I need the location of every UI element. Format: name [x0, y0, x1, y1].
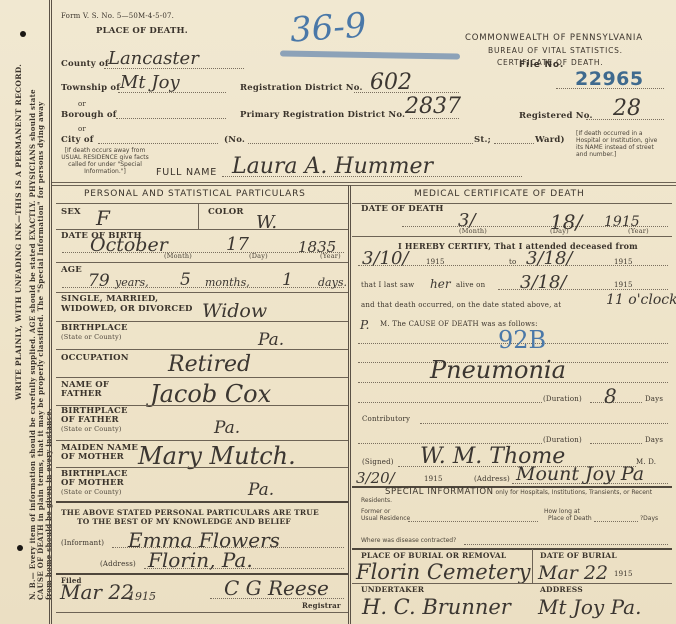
death-certificate: WRITE PLAINLY, WITH UNFADING INK—THIS IS… — [0, 0, 676, 624]
punch-hole-bottom — [17, 545, 23, 551]
borough-label: Borough of — [61, 110, 117, 120]
full-name-label: FULL NAME — [156, 167, 217, 178]
age-label: AGE — [61, 265, 82, 275]
left-border — [49, 0, 52, 624]
city-label: City of — [61, 135, 94, 145]
father-birthplace-value[interactable]: Pa. — [214, 418, 240, 438]
color-label: COLOR — [208, 207, 244, 217]
away-note: [If death occurs away from USUAL RESIDEN… — [61, 147, 149, 175]
duration2-label: (Duration) — [543, 436, 582, 444]
registrar-signature[interactable]: C G Reese — [224, 576, 329, 600]
attended-from-year[interactable]: 1915 — [426, 258, 445, 266]
file-no-label: File No. — [519, 60, 564, 70]
special-info-header: SPECIAL INFORMATION — [361, 487, 494, 497]
ward-label: Ward) — [535, 135, 565, 145]
signed-year[interactable]: 1915 — [424, 475, 443, 483]
margin-instruction-1: WRITE PLAINLY, WITH UNFADING INK—THIS IS… — [14, 64, 23, 400]
occurred-text: and that death occurred, on the date sta… — [361, 301, 561, 309]
or-1: or — [78, 100, 86, 108]
age-days[interactable]: 1 — [282, 270, 293, 290]
physician-address-label: (Address) — [474, 475, 510, 483]
dod-month-caption: (Month) — [459, 227, 487, 235]
mother-value[interactable]: Mary Mutch. — [138, 442, 296, 470]
how-long-days: ?Days — [640, 515, 658, 522]
former-residence-label: Former or Usual Residence — [361, 508, 410, 522]
duration-label: (Duration) — [543, 395, 582, 403]
marital-value[interactable]: Widow — [202, 300, 267, 322]
mother-label: MAIDEN NAME OF MOTHER — [61, 444, 138, 462]
primary-reg-label: Primary Registration District No. — [240, 110, 405, 120]
dod-year-caption: (Year) — [628, 227, 649, 235]
dod-day-caption: (Day) — [550, 227, 569, 235]
reg-district-label: Registration District No. — [240, 83, 363, 93]
attended-to[interactable]: 3/18/ — [526, 248, 573, 269]
marital-label: SINGLE, MARRIED, WIDOWED, OR DIVORCED — [61, 294, 193, 314]
months-word: months, — [205, 276, 250, 289]
occupation-value[interactable]: Retired — [168, 352, 251, 377]
attended-to-year[interactable]: 1915 — [614, 258, 633, 266]
days-word: days. — [318, 276, 347, 289]
no-label: (No. — [224, 135, 245, 145]
duration-value[interactable]: 8 — [604, 384, 617, 408]
years-word: years, — [115, 276, 149, 289]
cause-value[interactable]: Pneumonia — [430, 356, 566, 384]
father-label: NAME OF FATHER — [61, 381, 109, 399]
filed-year[interactable]: 1915 — [128, 590, 156, 603]
age-years[interactable]: 79 — [88, 271, 110, 291]
township-label: Township of — [61, 83, 120, 93]
physician-address-value[interactable]: Mount Joy Pa — [516, 463, 644, 485]
last-saw-year[interactable]: 1915 — [614, 281, 633, 289]
burial-place-value[interactable]: Florin Cemetery — [356, 560, 531, 584]
attest-statement: THE ABOVE STATED PERSONAL PARTICULARS AR… — [61, 508, 319, 526]
birthplace-label: BIRTHPLACE (State or County) — [61, 324, 128, 342]
mother-birthplace-label: BIRTHPLACE OF MOTHER (State or County) — [61, 470, 128, 497]
ampm-value[interactable]: P. — [360, 318, 369, 332]
filed-value[interactable]: Mar 22 — [60, 580, 134, 604]
center-divider — [348, 185, 351, 624]
last-saw-date[interactable]: 3/18/ — [520, 272, 567, 293]
pencil-number: 36-9 — [289, 5, 368, 50]
undertaker-address-value[interactable]: Mt Joy Pa. — [538, 595, 641, 619]
personal-header: PERSONAL AND STATISTICAL PARTICULARS — [84, 189, 306, 199]
to-word: to — [509, 258, 516, 266]
how-long-label: How long at Place of Death — [544, 508, 592, 522]
file-no-value[interactable]: 22965 — [575, 68, 644, 90]
dod-label: DATE OF DEATH — [361, 204, 444, 214]
last-saw-pronoun[interactable]: her — [430, 277, 451, 291]
dob-day-caption: (Day) — [249, 252, 268, 260]
special-info: SPECIAL INFORMATION only for Hospitals, … — [361, 488, 671, 505]
alive-on-text: alive on — [456, 281, 485, 289]
death-time[interactable]: 11 o'clock — [606, 292, 676, 308]
occupation-label: OCCUPATION — [61, 353, 129, 363]
attended-from[interactable]: 3/10/ — [362, 248, 409, 269]
registered-no-label: Registered No. — [519, 111, 593, 121]
birthplace-value[interactable]: Pa. — [258, 330, 284, 350]
last-saw-text: that I last saw — [361, 281, 414, 289]
contributory-label: Contributory — [362, 415, 410, 423]
father-value[interactable]: Jacob Cox — [150, 380, 271, 408]
county-value[interactable]: Lancaster — [108, 48, 199, 69]
township-value[interactable]: Mt Joy — [120, 72, 180, 93]
sex-value[interactable]: F — [96, 206, 110, 230]
informant-address-value[interactable]: Florin, Pa. — [148, 548, 253, 572]
father-birthplace-label: BIRTHPLACE OF FATHER (State or County) — [61, 407, 128, 434]
dob-day[interactable]: 17 — [226, 234, 249, 255]
certify-text: I HEREBY CERTIFY, That I attended deceas… — [398, 241, 638, 251]
county-label: County of — [61, 59, 109, 69]
agency-line-1: COMMONWEALTH OF PENNSYLVANIA — [465, 33, 643, 43]
cause-code: 92B — [498, 326, 546, 354]
institution-note: [If death occurred in a Hospital or Inst… — [576, 130, 666, 158]
burial-date-year[interactable]: 1915 — [614, 570, 633, 578]
reg-district-value[interactable]: 602 — [370, 70, 412, 95]
primary-reg-value[interactable]: 2837 — [405, 94, 461, 119]
sex-label: SEX — [61, 207, 81, 217]
informant-label: (Informant) — [61, 539, 104, 547]
duration2-days: Days — [645, 436, 663, 444]
full-name-value[interactable]: Laura A. Hummer — [232, 154, 433, 179]
undertaker-label: UNDERTAKER — [361, 585, 424, 594]
undertaker-address-label: ADDRESS — [540, 585, 583, 594]
undertaker-value[interactable]: H. C. Brunner — [362, 595, 511, 619]
blue-pencil-stroke — [280, 50, 460, 59]
signed-label: (Signed) — [362, 458, 394, 466]
or-2: or — [78, 125, 86, 133]
place-of-death-title: PLACE OF DEATH. — [96, 26, 188, 36]
disease-contracted-label: Where was disease contracted? — [361, 537, 456, 544]
dob-month[interactable]: October — [90, 234, 168, 256]
informant-address-label: (Address) — [100, 560, 136, 568]
medical-header: MEDICAL CERTIFICATE OF DEATH — [414, 189, 585, 199]
registered-no-value[interactable]: 28 — [613, 96, 641, 121]
burial-date-label: DATE OF BURIAL — [540, 551, 617, 560]
registrar-label: Registrar — [302, 601, 341, 610]
mother-birthplace-value[interactable]: Pa. — [248, 480, 274, 500]
dob-month-caption: (Month) — [164, 252, 192, 260]
duration-days: Days — [645, 395, 663, 403]
punch-hole-top — [20, 31, 26, 37]
form-number: Form V. S. No. 5—50M-4-5-07. — [61, 12, 174, 20]
burial-place-label: PLACE OF BURIAL OR REMOVAL — [361, 551, 506, 560]
burial-date-value[interactable]: Mar 22 — [538, 562, 608, 584]
age-months[interactable]: 5 — [180, 270, 191, 290]
st-label: St.; — [474, 135, 491, 145]
agency-line-2: BUREAU OF VITAL STATISTICS. — [488, 46, 623, 55]
dob-year-caption: (Year) — [320, 252, 341, 260]
signed-date[interactable]: 3/20/ — [356, 469, 395, 487]
